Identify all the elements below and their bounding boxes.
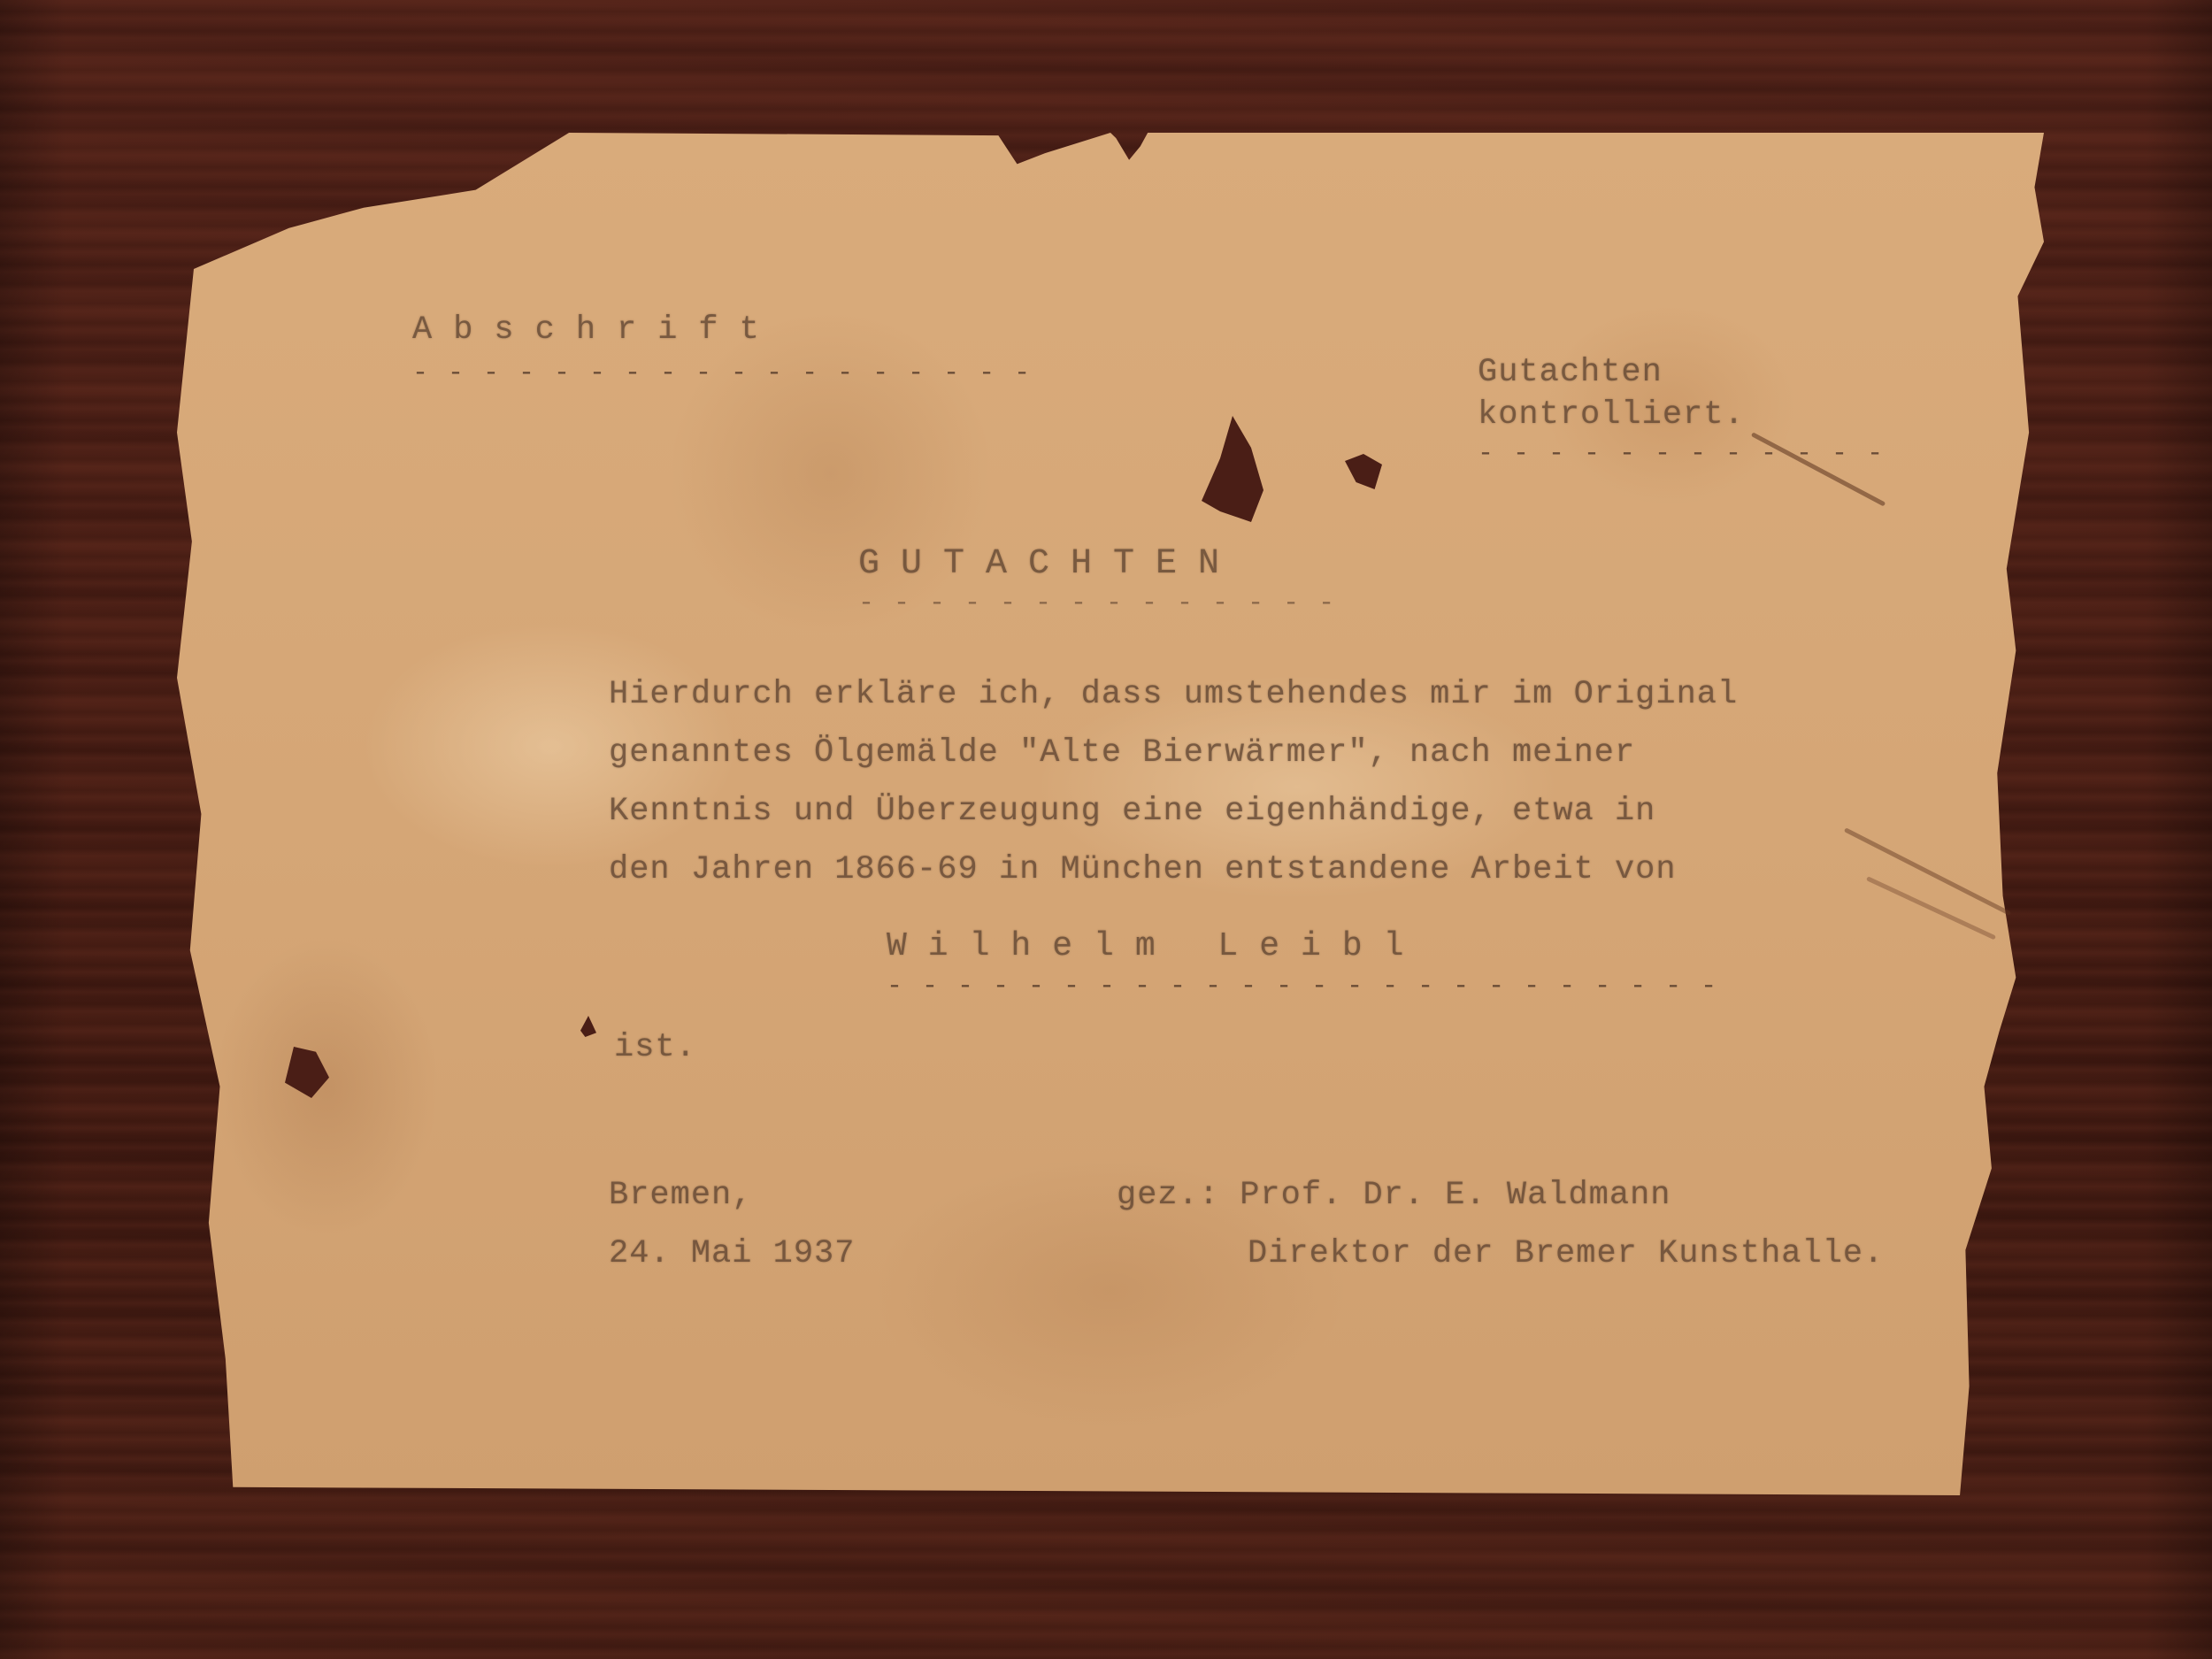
underline: - - - - - - - - - - - - - - xyxy=(858,588,1336,618)
date: 24. Mai 1937 xyxy=(609,1235,855,1272)
signer-title: Direktor der Bremer Kunsthalle. xyxy=(1248,1235,1884,1272)
document-type-label: Abschrift xyxy=(412,311,780,349)
underline: - - - - - - - - - - - - - - - - - - - - … xyxy=(887,972,1718,1002)
body-line-4: den Jahren 1866-69 in München entstanden… xyxy=(609,851,1677,888)
control-note-line1: Gutachten xyxy=(1478,354,1663,391)
underline: - - - - - - - - - - - - - - - - - - xyxy=(412,358,1032,388)
closing-word: ist. xyxy=(614,1029,696,1066)
signature: gez.: Prof. Dr. E. Waldmann xyxy=(1117,1177,1671,1214)
body-line-2: genanntes Ölgemälde "Alte Bierwärmer", n… xyxy=(609,734,1635,772)
underline: - - - - - - - - - - - - xyxy=(1478,439,1885,469)
artist-name: Wilhelm Leibl xyxy=(887,927,1425,965)
body-line-3: Kenntnis und Überzeugung eine eigenhändi… xyxy=(609,793,1655,830)
control-note-line2: kontrolliert. xyxy=(1478,396,1745,434)
place: Bremen, xyxy=(609,1177,752,1214)
body-line-1: Hierdurch erkläre ich, dass umstehendes … xyxy=(609,676,1738,713)
document-title: GUTACHTEN xyxy=(858,544,1240,584)
